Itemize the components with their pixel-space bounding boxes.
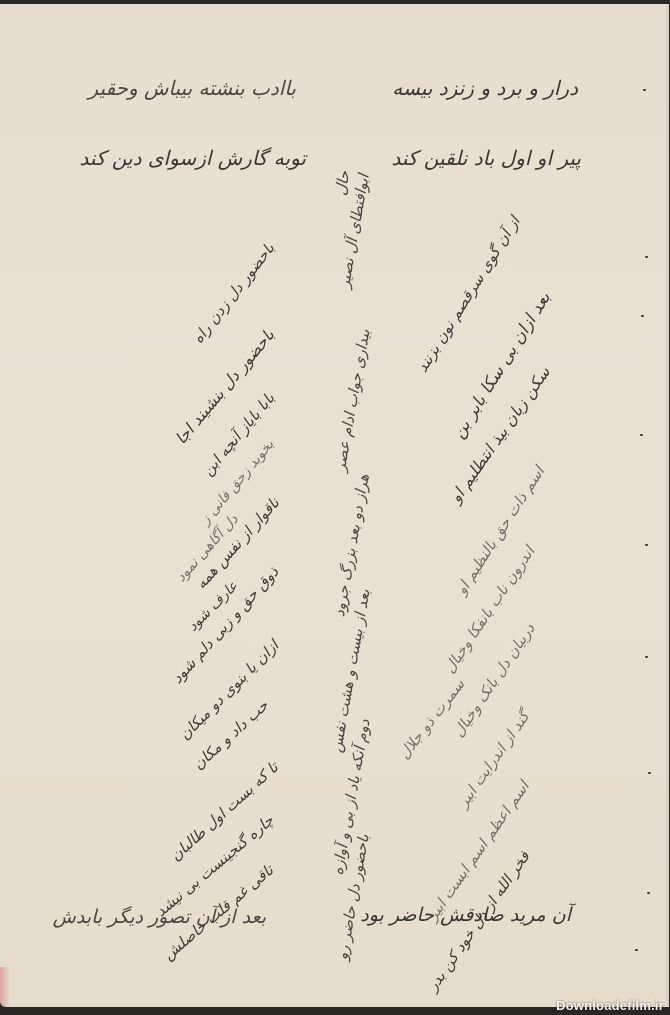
center-column-line: حال (331, 169, 353, 196)
left-column-line: باحضور دل بنشیند اجا (171, 325, 278, 447)
footer-right-line: آن مرید صادقش حاضر بود (360, 904, 571, 926)
manuscript-page: درار و برد و زنزد بیسه باادب بنشته بیباش… (0, 4, 669, 1007)
center-column-line: بیداری جواب ادام عصر (326, 328, 373, 499)
header-left-line-2: توبه گارش ازسوای دین کند (79, 146, 306, 170)
watermark: Downloadefilm.ir (556, 998, 664, 1013)
center-column-line: ابوافتطای آل نصیر (327, 173, 373, 334)
margin-dot (647, 892, 650, 894)
margin-dot (640, 434, 643, 436)
margin-dot (635, 949, 638, 951)
header-left-line-1: باادب بنشته بیباش وحقیر (88, 76, 296, 100)
margin-dot (641, 315, 644, 317)
margin-dot (645, 656, 648, 658)
margin-dot (643, 89, 646, 91)
margin-dot (645, 544, 648, 546)
margin-dot (645, 256, 648, 258)
footer-left-line: بعد از آن تصور دیگر بابدش (53, 906, 266, 928)
header-right-line-1: درار و برد و زنزد بیسه (392, 76, 578, 100)
header-right-line-2: پیر او اول باد نلقین کند (391, 146, 581, 170)
margin-dot (648, 772, 651, 774)
